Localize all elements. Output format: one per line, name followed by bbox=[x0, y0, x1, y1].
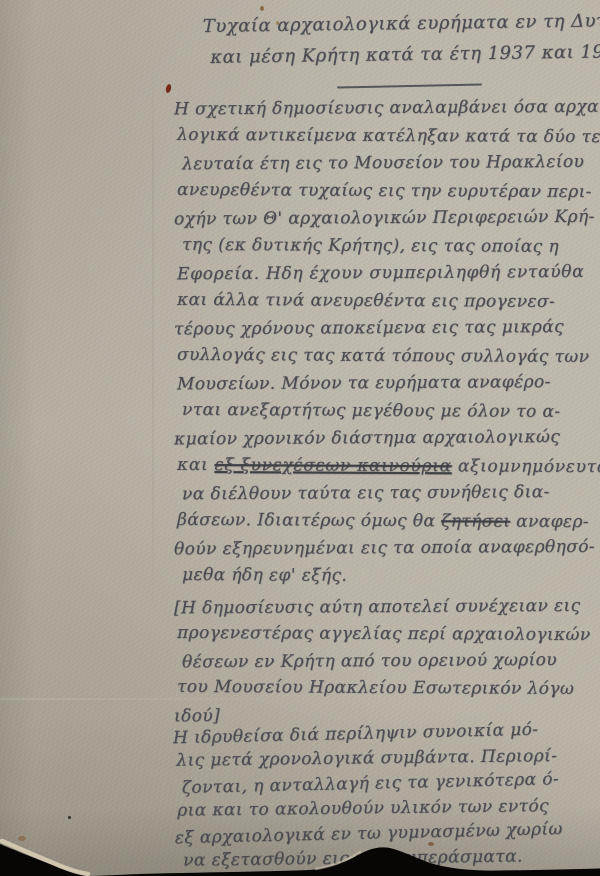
paragraph-1: Η σχετική δημοσίευσις αναλαμβάνει όσα αρ… bbox=[177, 95, 600, 590]
handwriting-line: και άλλα τινά ανευρεθέντα εις προγενεσ- bbox=[177, 286, 600, 316]
handwriting-line: οχήν των Θ' αρχαιολογικών Περιφερειών Κρ… bbox=[174, 204, 600, 234]
handwriting-line: προγενεστέρας αγγελίας περί αρχαιολογικώ… bbox=[177, 620, 600, 649]
handwriting-line: συλλογάς εις τας κατά τόπους συλλογάς τω… bbox=[177, 341, 600, 371]
handwriting-line: [Η δημοσίευσις αύτη αποτελεί συνέχειαν ε… bbox=[174, 593, 600, 623]
handwriting-line: θούν εξηρευνημέναι εις τα οποία αναφερθη… bbox=[174, 534, 600, 564]
scan-bed-background bbox=[0, 844, 600, 876]
handwriting-line: Εφορεία. Ηδη έχουν συμπεριληφθή ενταύθα bbox=[177, 259, 600, 289]
separator-rule bbox=[337, 83, 482, 88]
manuscript-scan-page: Τυχαία αρχαιολογικά ευρήματα εν τη Δυτικ… bbox=[0, 0, 600, 876]
dark-ink-dot bbox=[68, 816, 71, 819]
torn-bottom-edge bbox=[0, 824, 600, 876]
handwriting-line: μεθα ήδη εφ' εξής. bbox=[182, 561, 600, 591]
handwriting-line: Μουσείων. Μόνον τα ευρήματα αναφέρο- bbox=[177, 369, 600, 399]
handwriting-line: λευταία έτη εις το Μουσείον του Ηρακλείο… bbox=[182, 149, 600, 179]
handwriting-line: θέσεων εν Κρήτη από του ορεινού χωρίου bbox=[182, 647, 600, 677]
handwriting-line: του Μουσείου Ηρακλείου Εσωτερικόν λόγω bbox=[177, 674, 600, 703]
handwriting-line: της (εκ δυτικής Κρήτης), εις τας οποίας … bbox=[182, 231, 600, 261]
handwriting-line: λογικά αντικείμενα κατέληξαν κατά τα δύο… bbox=[177, 121, 600, 151]
paper-crease-vertical bbox=[152, 55, 154, 625]
handwriting-line: να διέλθουν ταύτα εις τας συνήθεις δια- bbox=[182, 479, 600, 509]
paragraph-2: [Η δημοσίευσις αύτη αποτελεί συνέχειαν ε… bbox=[177, 594, 600, 729]
red-ink-speck bbox=[165, 84, 172, 94]
document-title: Τυχαία αρχαιολογικά ευρήματα εν τη Δυτικ… bbox=[203, 5, 600, 73]
handwriting-line: τέρους χρόνους αποκείμενα εις τας μικράς bbox=[174, 314, 600, 344]
title-line-2: και μέση Κρήτη κατά τα έτη 1937 και 1938… bbox=[210, 36, 600, 73]
handwriting-line: κμαίον χρονικόν διάστημα αρχαιολογικώς bbox=[174, 424, 600, 454]
handwriting-line: Η σχετική δημοσίευσις αναλαμβάνει όσα αρ… bbox=[174, 94, 600, 124]
handwriting-line: ανευρεθέντα τυχαίως εις την ευρυτέραν πε… bbox=[177, 176, 600, 206]
handwriting-line: και εξ ξυνεχέσεων καινούρια αξιομνημόνευ… bbox=[177, 451, 600, 481]
handwriting-line: βάσεων. Ιδιαιτέρως όμως θα ζητήσει αναφε… bbox=[177, 506, 600, 536]
handwriting-line: νται ανεξαρτήτως μεγέθους με όλον το α- bbox=[182, 396, 600, 426]
